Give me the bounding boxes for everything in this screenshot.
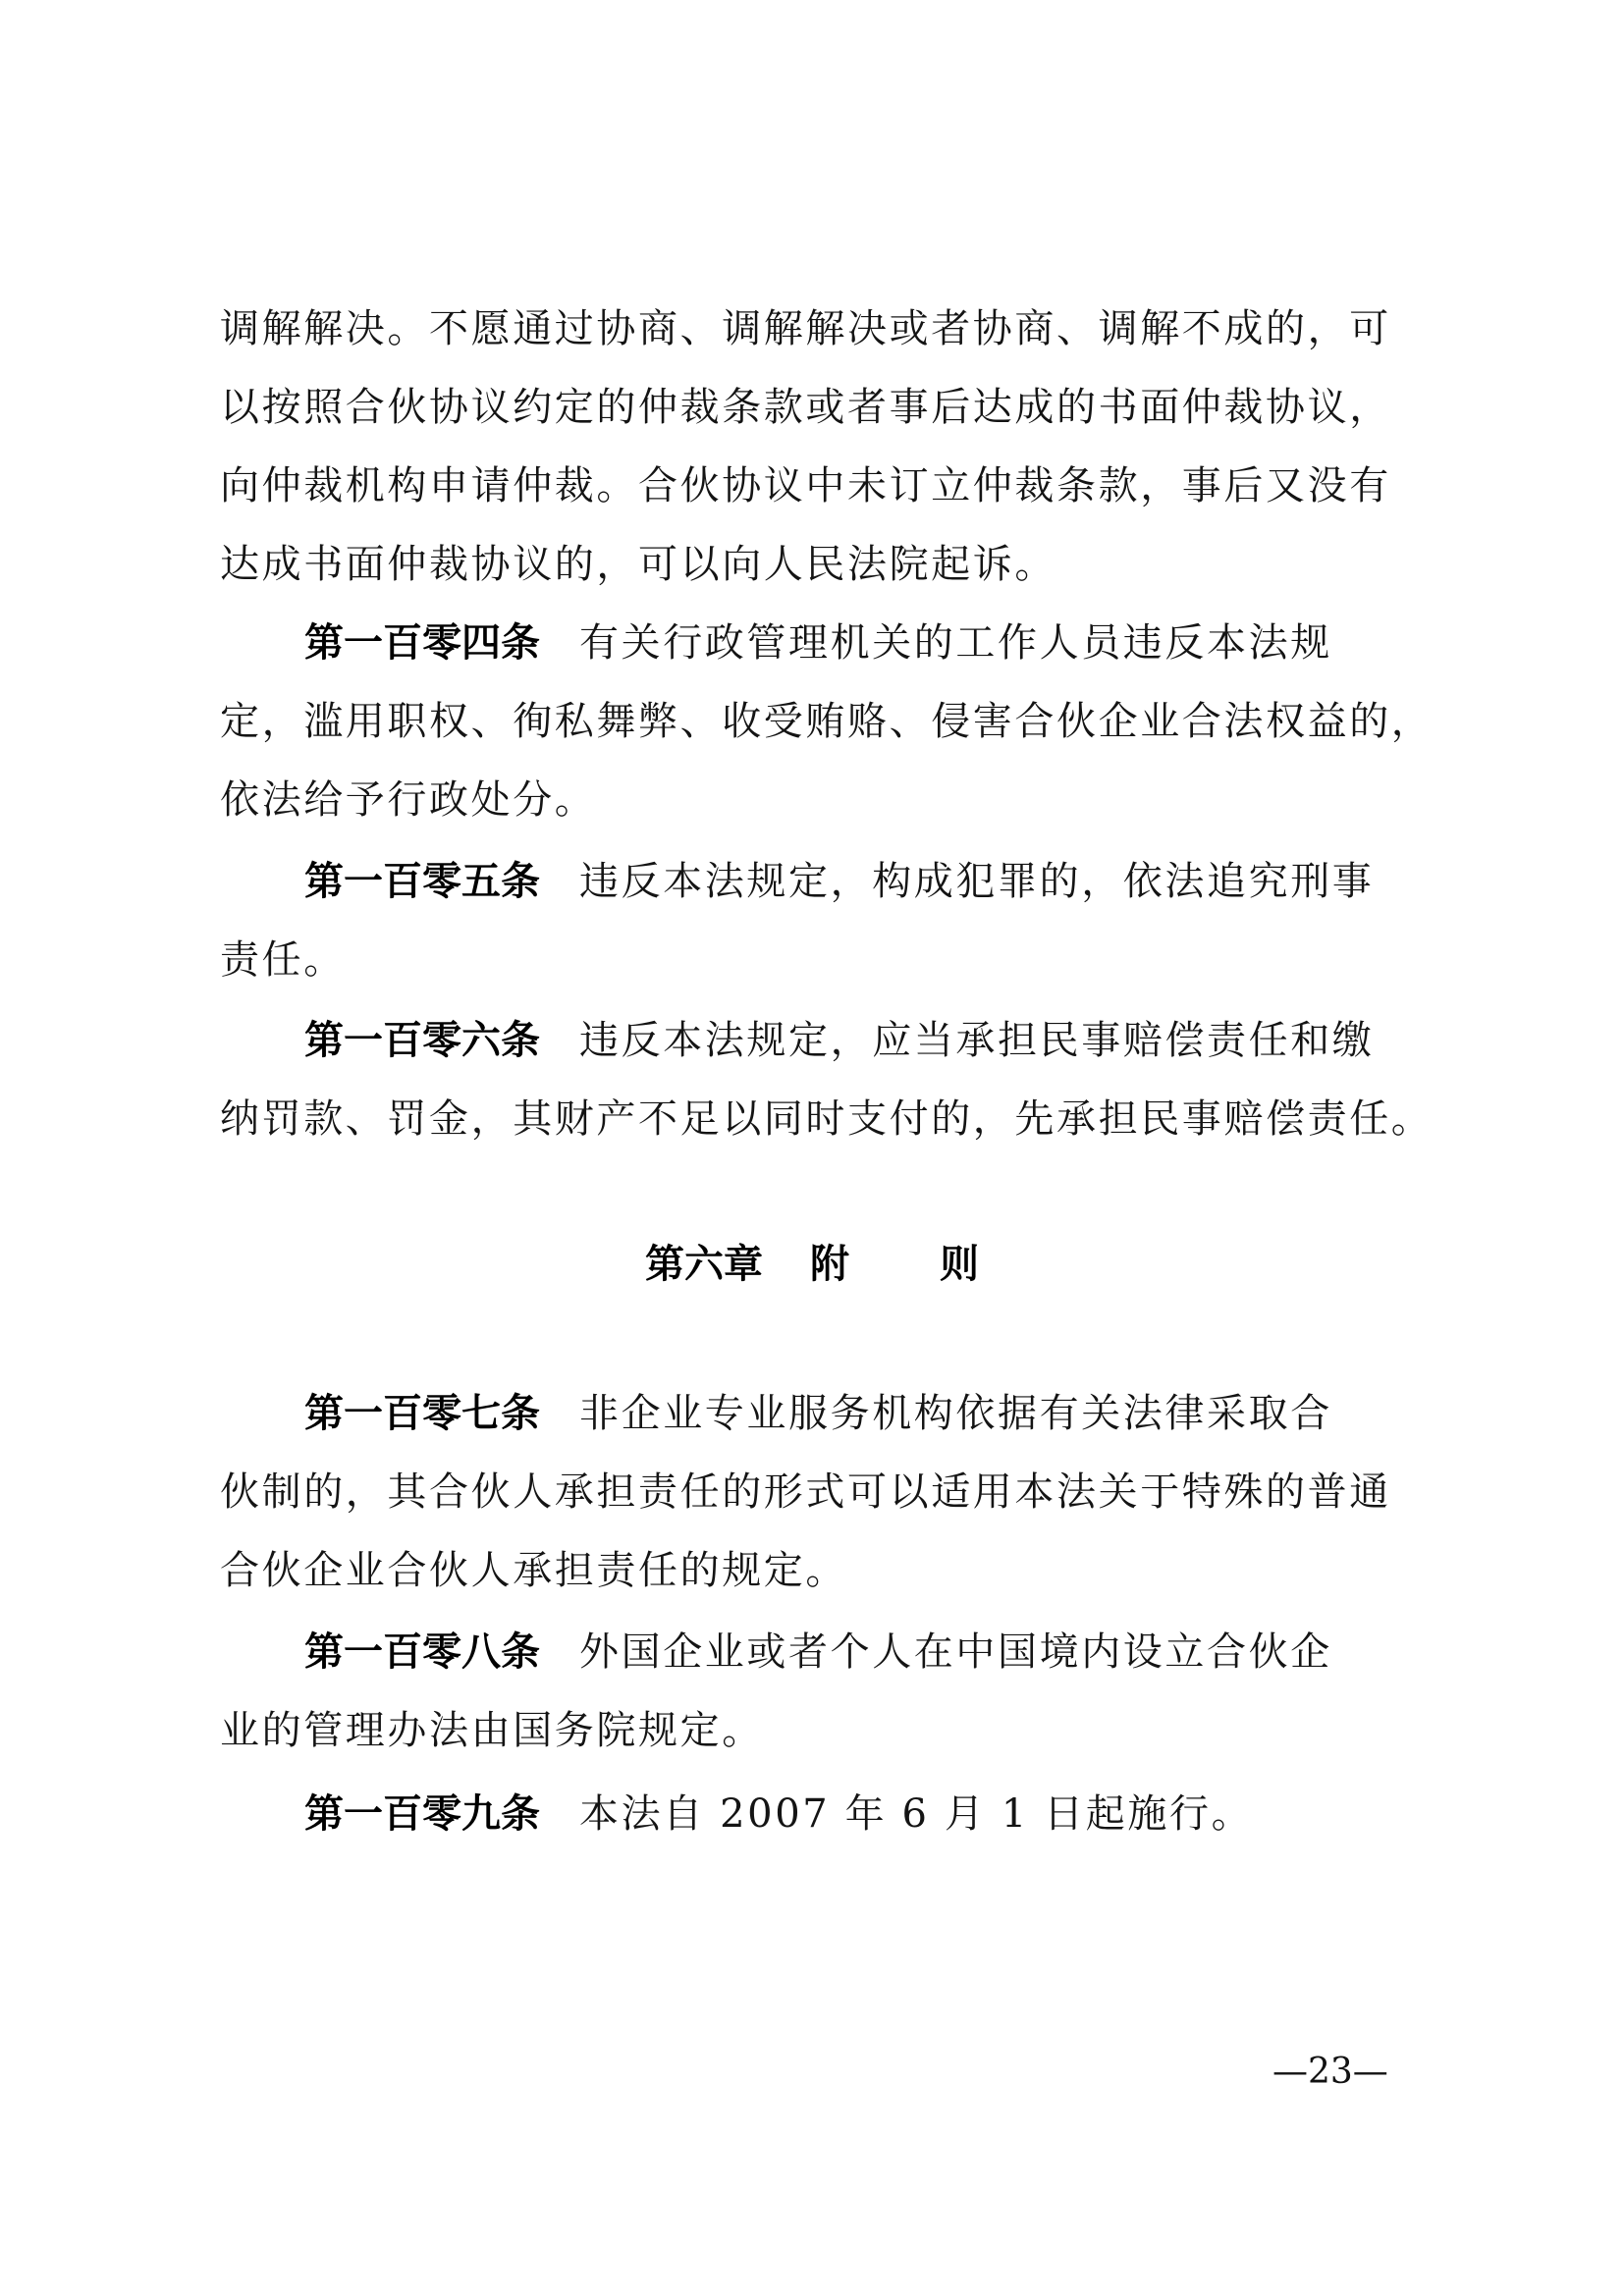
chapter-title-part1: 附 (810, 1242, 849, 1287)
article-text: 有关行政管理机关的工作人员违反本法规 (579, 620, 1332, 666)
article-text: 违反本法规定，构成犯罪的，依法追究刑事 (579, 859, 1374, 904)
article-first-line: 第一百零九条本法自 2007 年 6 月 1 日起施行。 (220, 1785, 1418, 1843)
article-heading: 第一百零八条 (304, 1629, 540, 1675)
article-line: 定，滥用职权、徇私舞弊、收受贿赂、侵害合伙企业合法权益的， (220, 692, 1418, 751)
article-first-line: 第一百零七条非企业专业服务机构依据有关法律采取合 (220, 1384, 1418, 1443)
article-line: 责任。 (220, 931, 1418, 989)
article-first-line: 第一百零五条违反本法规定，构成犯罪的，依法追究刑事 (220, 852, 1418, 911)
article-heading: 第一百零六条 (304, 1018, 540, 1063)
paragraph-line: 向仲裁机构申请仲裁。合伙协议中未订立仲裁条款，事后又没有 (220, 456, 1418, 515)
chapter-title-part2: 则 (940, 1242, 979, 1287)
article-text: 非企业专业服务机构依据有关法律采取合 (579, 1391, 1332, 1436)
article-text: 本法自 2007 年 6 月 1 日起施行。 (579, 1791, 1253, 1837)
paragraph-line: 调解解决。不愿通过协商、调解解决或者协商、调解不成的，可 (220, 299, 1418, 358)
article-line: 伙制的，其合伙人承担责任的形式可以适用本法关于特殊的普通 (220, 1463, 1418, 1522)
article-first-line: 第一百零四条有关行政管理机关的工作人员违反本法规 (220, 614, 1418, 672)
article-first-line: 第一百零八条外国企业或者个人在中国境内设立合伙企 (220, 1623, 1418, 1682)
article-line: 业的管理办法由国务院规定。 (220, 1701, 1418, 1760)
article-text: 外国企业或者个人在中国境内设立合伙企 (579, 1629, 1332, 1675)
chapter-number: 第六章 (645, 1242, 763, 1287)
article-heading: 第一百零七条 (304, 1391, 540, 1436)
page-number: —23— (1272, 2048, 1388, 2097)
article-text: 违反本法规定，应当承担民事赔偿责任和缴 (579, 1018, 1374, 1063)
article-first-line: 第一百零六条违反本法规定，应当承担民事赔偿责任和缴 (220, 1011, 1418, 1070)
article-heading: 第一百零四条 (304, 620, 540, 666)
article-line: 合伙企业合伙人承担责任的规定。 (220, 1541, 1418, 1600)
article-heading: 第一百零九条 (304, 1791, 540, 1837)
paragraph-line: 以按照合伙协议约定的仲裁条款或者事后达成的书面仲裁协议， (220, 378, 1418, 437)
article-heading: 第一百零五条 (304, 859, 540, 904)
paragraph-line: 达成书面仲裁协议的，可以向人民法院起诉。 (220, 535, 1418, 594)
article-line: 依法给予行政处分。 (220, 771, 1418, 829)
chapter-heading: 第六章附则 (0, 1235, 1624, 1294)
document-page: 调解解决。不愿通过协商、调解解决或者协商、调解不成的，可 以按照合伙协议约定的仲… (0, 0, 1624, 2296)
article-line: 纳罚款、罚金，其财产不足以同时支付的，先承担民事赔偿责任。 (220, 1090, 1418, 1148)
